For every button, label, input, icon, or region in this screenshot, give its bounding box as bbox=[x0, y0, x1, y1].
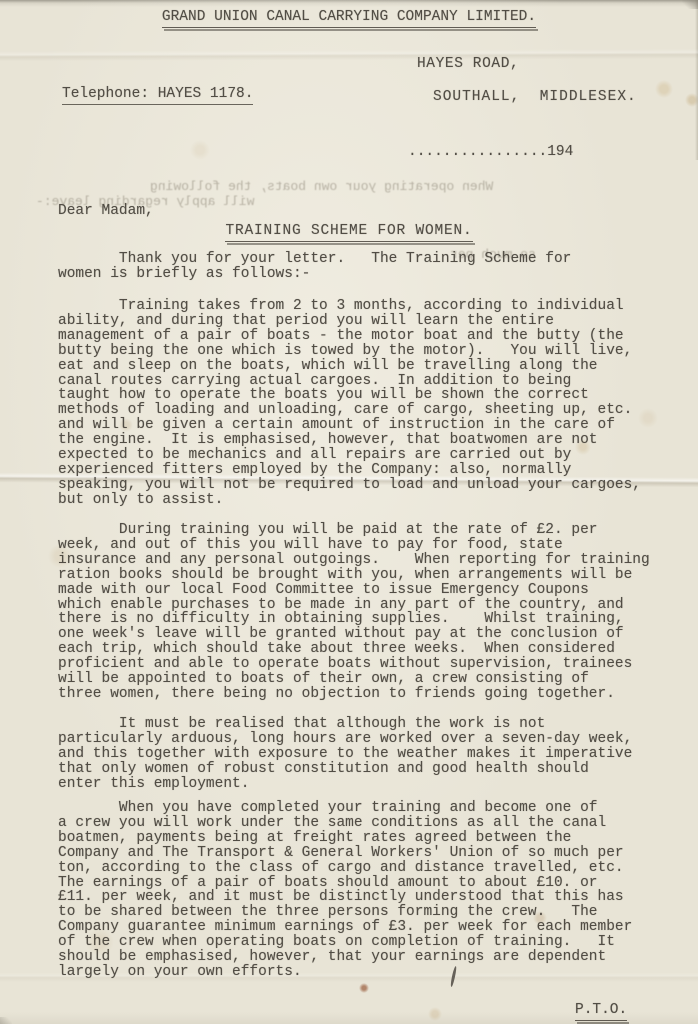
company-title: GRAND UNION CANAL CARRYING COMPANY LIMIT… bbox=[162, 10, 536, 28]
company-title-row: GRAND UNION CANAL CARRYING COMPANY LIMIT… bbox=[0, 7, 698, 28]
text-line: insurance and any personal outgoings. Wh… bbox=[58, 553, 650, 568]
text-line: made with our local Food Committee to is… bbox=[58, 583, 650, 598]
text-line: eat and sleep on the boats, which will b… bbox=[58, 359, 641, 374]
paragraph-intro: Thank you for your letter. The Training … bbox=[58, 252, 571, 282]
paragraph-pay-and-rations: During training you will be paid at the … bbox=[58, 523, 650, 702]
bleed-through-text: When operating your own boats, the follo… bbox=[150, 179, 493, 194]
scan-edge-corner bbox=[0, 1017, 12, 1024]
text-line: three women, there being no objection to… bbox=[58, 687, 650, 702]
text-line: Training takes from 2 to 3 months, accor… bbox=[58, 299, 641, 314]
text-line: Thank you for your letter. The Training … bbox=[58, 252, 571, 267]
text-line: enter this employment. bbox=[58, 777, 632, 792]
text-line: Company guarantee minimum earnings of £3… bbox=[58, 920, 632, 935]
text-line: ton, according to the class of cargo and… bbox=[58, 861, 632, 876]
text-line: will be appointed to boats of their own,… bbox=[58, 672, 650, 687]
paragraph-work-conditions: It must be realised that although the wo… bbox=[58, 717, 632, 792]
text-line: should be emphasised, however, that your… bbox=[58, 950, 632, 965]
paragraph-training-details: Training takes from 2 to 3 months, accor… bbox=[58, 299, 641, 508]
text-line: boatmen, payments being at freight rates… bbox=[58, 831, 632, 846]
fold-crease bbox=[0, 49, 698, 62]
text-line: When you have completed your training an… bbox=[58, 801, 632, 816]
text-line: particularly arduous, long hours are wor… bbox=[58, 732, 632, 747]
text-line: ability, and during that period you will… bbox=[58, 314, 641, 329]
text-line: week, and out of this you will have to p… bbox=[58, 538, 650, 553]
text-line: Company and The Transport & General Work… bbox=[58, 846, 632, 861]
text-line: largely on your own efforts. bbox=[58, 965, 632, 980]
text-line: to be shared between the three persons f… bbox=[58, 905, 632, 920]
scanned-letter-page: When operating your own boats, the follo… bbox=[0, 0, 698, 1024]
text-line: of the crew when operating boats on comp… bbox=[58, 935, 632, 950]
text-line: women is briefly as follows:- bbox=[58, 267, 571, 282]
text-line: that only women of robust constitution a… bbox=[58, 762, 632, 777]
subject-heading: TRAINING SCHEME FOR WOMEN. bbox=[225, 224, 472, 242]
telephone-line: Telephone: HAYES 1178. bbox=[62, 87, 253, 105]
text-line: and this together with exposure to the w… bbox=[58, 747, 632, 762]
text-line: expected to be mechanics and all repairs… bbox=[58, 448, 641, 463]
text-line: management of a pair of boats - the moto… bbox=[58, 329, 641, 344]
text-line: ration books should be brought with you,… bbox=[58, 568, 650, 583]
paragraph-earnings: When you have completed your training an… bbox=[58, 801, 632, 980]
text-line: methods of loading and unloading, care o… bbox=[58, 403, 641, 418]
subject-heading-row: TRAINING SCHEME FOR WOMEN. bbox=[0, 221, 698, 242]
pto-footer: P.T.O. bbox=[575, 1003, 627, 1021]
text-line: one week's leave will be granted without… bbox=[58, 627, 650, 642]
text-line: During training you will be paid at the … bbox=[58, 523, 650, 538]
text-line: and will be given a certain amount of in… bbox=[58, 418, 641, 433]
text-line: a crew you will work under the same cond… bbox=[58, 816, 632, 831]
text-line: each trip, which should take about three… bbox=[58, 642, 650, 657]
address-line-1: HAYES ROAD, bbox=[417, 57, 519, 72]
text-line: the engine. It is emphasised, however, t… bbox=[58, 433, 641, 448]
salutation: Dear Madam, bbox=[58, 204, 154, 219]
text-line: experienced fitters employed by the Comp… bbox=[58, 463, 641, 478]
text-line: butty being the one which is towed by th… bbox=[58, 344, 641, 359]
text-line: proficient and able to operate boats wit… bbox=[58, 657, 650, 672]
text-line: but only to assist. bbox=[58, 493, 641, 508]
address-line-2: SOUTHALL, MIDDLESEX. bbox=[433, 90, 637, 105]
text-line: It must be realised that although the wo… bbox=[58, 717, 632, 732]
date-line: ................194 bbox=[408, 145, 573, 160]
pto-footer-row: P.T.O. bbox=[575, 1000, 627, 1021]
text-line: speaking, you will not be required to lo… bbox=[58, 478, 641, 493]
